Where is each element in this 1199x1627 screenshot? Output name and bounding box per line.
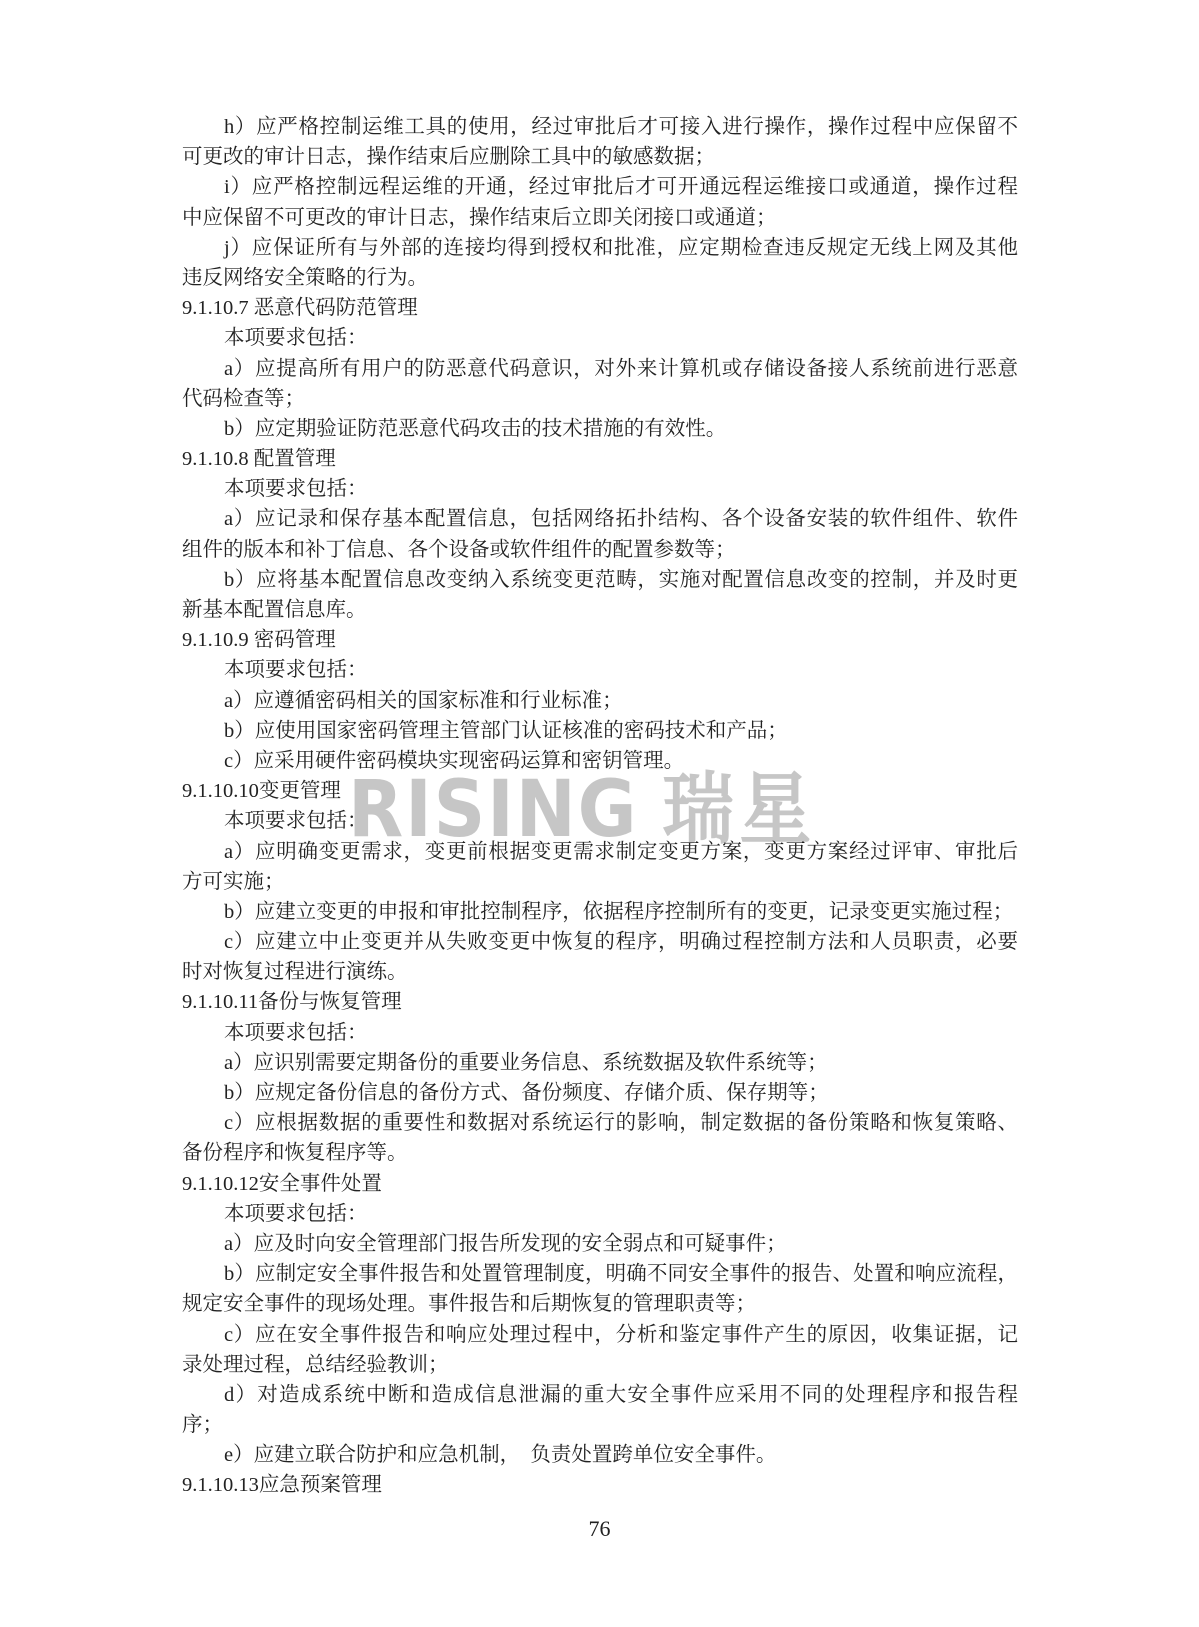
text-line: h）应严格控制运维工具的使用，经过审批后才可接入进行操作，操作过程中应保留不 <box>182 112 1018 142</box>
text-line: d）对造成系统中断和造成信息泄漏的重大安全事件应采用不同的处理程序和报告程 <box>182 1380 1018 1410</box>
text-line: 组件的版本和补丁信息、各个设备或软件组件的配置参数等； <box>182 535 1018 565</box>
text-line: b）应将基本配置信息改变纳入系统变更范畴，实施对配置信息改变的控制，并及时更 <box>182 565 1018 595</box>
text-line: a）应记录和保存基本配置信息，包括网络拓扑结构、各个设备安装的软件组件、软件 <box>182 504 1018 534</box>
text-line: c）应在安全事件报告和响应处理过程中，分析和鉴定事件产生的原因，收集证据，记 <box>182 1320 1018 1350</box>
text-line: b）应建立变更的申报和审批控制程序，依据程序控制所有的变更，记录变更实施过程； <box>182 897 1018 927</box>
text-line: 本项要求包括： <box>182 323 1018 353</box>
text-line: 9.1.10.8 配置管理 <box>182 444 1018 474</box>
text-line: a）应识别需要定期备份的重要业务信息、系统数据及软件系统等； <box>182 1048 1018 1078</box>
text-line: 本项要求包括： <box>182 806 1018 836</box>
text-line: 9.1.10.12安全事件处置 <box>182 1169 1018 1199</box>
text-line: 新基本配置信息库。 <box>182 595 1018 625</box>
text-line: c）应根据数据的重要性和数据对系统运行的影响，制定数据的备份策略和恢复策略、 <box>182 1108 1018 1138</box>
text-line: b）应规定备份信息的备份方式、备份频度、存储介质、保存期等； <box>182 1078 1018 1108</box>
text-line: 9.1.10.11备份与恢复管理 <box>182 987 1018 1017</box>
text-line: 本项要求包括： <box>182 655 1018 685</box>
text-line: 方可实施； <box>182 867 1018 897</box>
text-line: 规定安全事件的现场处理。事件报告和后期恢复的管理职责等； <box>182 1289 1018 1319</box>
text-line: b）应定期验证防范恶意代码攻击的技术措施的有效性。 <box>182 414 1018 444</box>
text-line: 代码检查等； <box>182 384 1018 414</box>
text-line: a）应提高所有用户的防恶意代码意识，对外来计算机或存储设备接人系统前进行恶意 <box>182 354 1018 384</box>
text-line: 录处理过程，总结经验教训； <box>182 1350 1018 1380</box>
text-line: i）应严格控制远程运维的开通，经过审批后才可开通远程运维接口或通道，操作过程 <box>182 172 1018 202</box>
text-line: 违反网络安全策略的行为。 <box>182 263 1018 293</box>
text-line: 中应保留不可更改的审计日志，操作结束后立即关闭接口或通道； <box>182 203 1018 233</box>
text-line: c）应采用硬件密码模块实现密码运算和密钥管理。 <box>182 746 1018 776</box>
text-line: 本项要求包括： <box>182 1018 1018 1048</box>
text-line: e）应建立联合防护和应急机制， 负责处置跨单位安全事件。 <box>182 1440 1018 1470</box>
text-line: 时对恢复过程进行演练。 <box>182 957 1018 987</box>
text-line: 可更改的审计日志，操作结束后应删除工具中的敏感数据； <box>182 142 1018 172</box>
text-line: b）应使用国家密码管理主管部门认证核准的密码技术和产品； <box>182 716 1018 746</box>
text-line: a）应明确变更需求，变更前根据变更需求制定变更方案，变更方案经过评审、审批后 <box>182 837 1018 867</box>
text-line: b）应制定安全事件报告和处置管理制度，明确不同安全事件的报告、处置和响应流程， <box>182 1259 1018 1289</box>
text-line: 本项要求包括： <box>182 474 1018 504</box>
text-line: j）应保证所有与外部的连接均得到授权和批准，应定期检查违反规定无线上网及其他 <box>182 233 1018 263</box>
document-page: RISING瑞星 h）应严格控制运维工具的使用，经过审批后才可接入进行操作，操作… <box>0 0 1199 1627</box>
body-text: h）应严格控制运维工具的使用，经过审批后才可接入进行操作，操作过程中应保留不可更… <box>182 112 1018 1501</box>
text-line: c）应建立中止变更并从失败变更中恢复的程序，明确过程控制方法和人员职责，必要 <box>182 927 1018 957</box>
text-line: 9.1.10.9 密码管理 <box>182 625 1018 655</box>
text-line: 本项要求包括： <box>182 1199 1018 1229</box>
text-line: 9.1.10.10变更管理 <box>182 776 1018 806</box>
page-number: 76 <box>0 1516 1199 1542</box>
text-line: 序； <box>182 1410 1018 1440</box>
text-line: 9.1.10.13应急预案管理 <box>182 1470 1018 1500</box>
text-line: 9.1.10.7 恶意代码防范管理 <box>182 293 1018 323</box>
text-line: a）应遵循密码相关的国家标准和行业标准； <box>182 686 1018 716</box>
text-line: a）应及时向安全管理部门报告所发现的安全弱点和可疑事件； <box>182 1229 1018 1259</box>
text-line: 备份程序和恢复程序等。 <box>182 1138 1018 1168</box>
